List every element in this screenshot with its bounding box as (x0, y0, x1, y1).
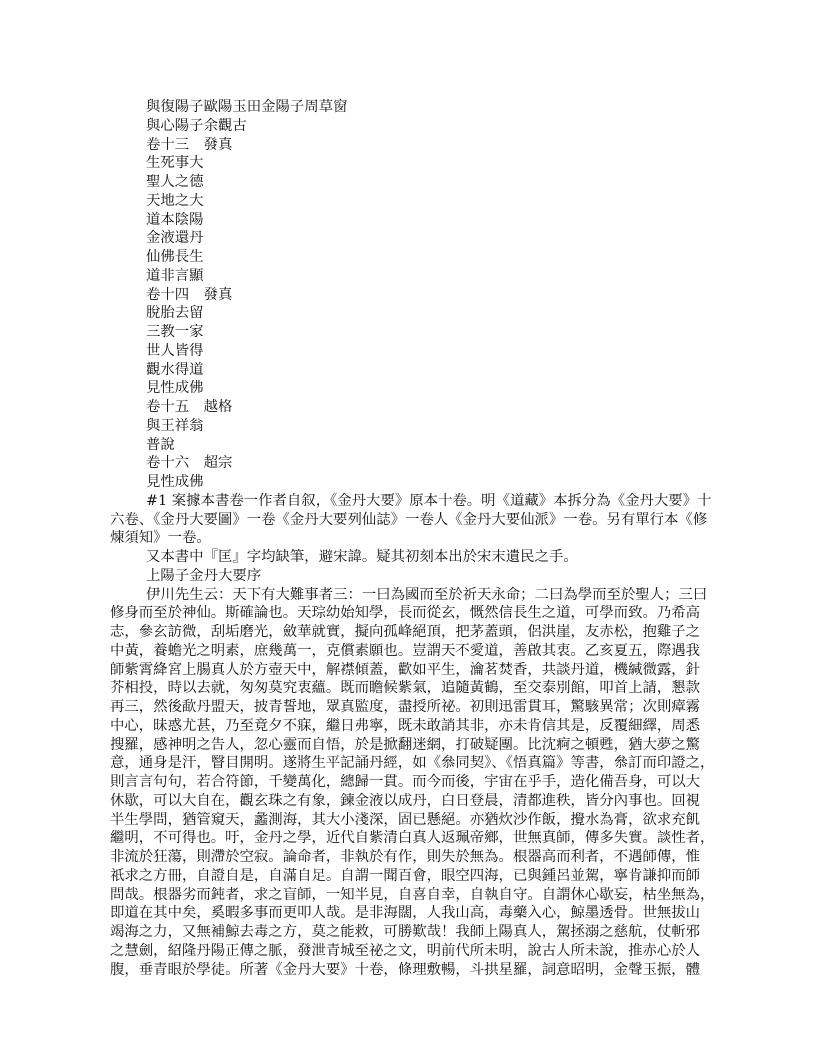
paragraph-line: 竭海之力，又無補鯨去毒之方，莫之能救，可勝歎哉！我師上陽真人，駕拯溺之慈航，仗斬… (110, 923, 700, 942)
toc-entry: 觀水得道 (110, 361, 700, 380)
paragraph-line: 意，通身是汗，瞖目開明。遂將生平記誦丹經，如《叅同契》、《悟真篇》等書，叅訂而印… (110, 754, 700, 773)
footnote-line: 煉須知》一卷。 (110, 529, 700, 548)
footnote-line: #1 案據本書卷一作者自叙，《金丹大要》原本十卷。明《道藏》本拆分為《金丹大要》… (110, 492, 700, 511)
paragraph-line: 非流於狂蕩，則滯於空寂。論命者，非執於有作，則失於無為。根器高而利者，不遇師傳，… (110, 848, 700, 867)
toc-chapter-heading: 卷十六 超宗 (110, 454, 700, 473)
paragraph-line: 中心，昧惑尤甚，乃至竟夕不寐，繼日弗寧，既未敢誚其非，亦未肯信其是，反覆細繹，周… (110, 717, 700, 736)
paragraph-line: 芥相投，時以去就，匆匆莫究衷蘊。既而瞻候紫氣，追隨黃鶴，至交泰別館，叩首上請，懇… (110, 679, 700, 698)
paragraph-line: 祇求之方冊，自證自是，自滿自足。自謂一聞百會，眼空四海，已與鍾呂並駕，寧肯謙抑而… (110, 867, 700, 886)
toc-chapter-heading: 卷十三 發真 (110, 136, 700, 155)
footnote-1: #1 案據本書卷一作者自叙，《金丹大要》原本十卷。明《道藏》本拆分為《金丹大要》… (110, 492, 700, 548)
toc-entry: 道非言顯 (110, 267, 700, 286)
toc-entry: 見性成佛 (110, 379, 700, 398)
toc-entry: 見性成佛 (110, 473, 700, 492)
table-of-contents: 與復陽子歐陽玉田金陽子周草窗 與心陽子余觀古 卷十三 發真 生死事大 聖人之德 … (110, 98, 700, 492)
paragraph-line: 中黃，養蟾光之明素，庶幾萬一，克償素願也。豈謂天不愛道，善啟其衷。乙亥夏五，際遇… (110, 642, 700, 661)
toc-entry: 與復陽子歐陽玉田金陽子周草窗 (110, 98, 700, 117)
paragraph-line: 即道在其中矣，奚暇多事而更叩人哉。是非海闊，人我山高，毒藥入心，鯨墨透骨。世無拔… (110, 904, 700, 923)
toc-chapter-heading: 卷十四 發真 (110, 286, 700, 305)
paragraph-line: 之慧劍，紹隆丹陽正傳之脈，發泄青城至祕之文，明前代所未明，說古人所未說，推赤心於… (110, 942, 700, 961)
toc-entry: 與王祥翁 (110, 417, 700, 436)
paragraph-line: 腹，垂青眼於學徒。所著《金丹大要》十卷，條理敷暢，斗拱星羅，詞意昭明，金聲玉振，… (110, 961, 700, 980)
paragraph-line: 志，參玄訪微，刮垢磨光，斂華就實，擬向孤峰絕頂，把茅蓋頭，侶洪崖，友赤松，抱雞子… (110, 623, 700, 642)
toc-entry: 聖人之德 (110, 173, 700, 192)
paragraph-line: 則言言句句，若合符節，千變萬化，總歸一貫。而今而後，宇宙在乎手，造化備吾身，可以… (110, 773, 700, 792)
toc-entry: 金液還丹 (110, 229, 700, 248)
toc-entry: 生死事大 (110, 154, 700, 173)
toc-entry: 天地之大 (110, 192, 700, 211)
toc-entry: 仙佛長生 (110, 248, 700, 267)
toc-entry: 脫胎去留 (110, 304, 700, 323)
section-title: 上陽子金丹大要序 (110, 567, 700, 586)
toc-entry: 普說 (110, 436, 700, 455)
paragraph-line: 問哉。根器劣而鈍者，求之盲師，一知半見，自喜自幸，自執自守。自謂休心歇妄，枯坐無… (110, 886, 700, 905)
document-page: 與復陽子歐陽玉田金陽子周草窗 與心陽子余觀古 卷十三 發真 生死事大 聖人之德 … (110, 98, 700, 979)
paragraph-line: 繼明，不可得也。吁，金丹之學，近代自紫清白真人返珮帝鄉，世無真師，傳多失實。談性… (110, 829, 700, 848)
paragraph-line: 休歇，可以大自在，觀玄珠之有象，鍊金液以成丹，白日登晨，清都進秩，皆分內事也。回… (110, 792, 700, 811)
paragraph-line: 半生學問，猶管窺天，蠡測海，其大小淺深，固已懸絕。亦猶炊沙作飯，攪水為膏，欲求充… (110, 811, 700, 830)
paragraph-line: 搜羅，感神明之告人，忽心靈而自悟，於是掀翻迷網，打破疑團。比沈痾之頓甦，猶大夢之… (110, 736, 700, 755)
toc-entry: 與心陽子余觀古 (110, 117, 700, 136)
paragraph-line: 伊川先生云：天下有大難事者三：一曰為國而至於祈天永命；二曰為學而至於聖人；三曰 (110, 586, 700, 605)
paragraph-line: 修身而至於神仙。斯確論也。天琮幼始知學，長而從玄，慨然信長生之道，可學而致。乃希… (110, 604, 700, 623)
footnote-line: 六卷、《金丹大要圖》一卷《金丹大要列仙誌》一卷人《金丹大要仙派》一卷。另有單行本… (110, 511, 700, 530)
toc-entry: 世人皆得 (110, 342, 700, 361)
preface-paragraph: 伊川先生云：天下有大難事者三：一曰為國而至於祈天永命；二曰為學而至於聖人；三曰 … (110, 586, 700, 980)
toc-entry: 三教一家 (110, 323, 700, 342)
footnote-2: 又本書中『匡』字均缺筆，避宋諱。疑其初刻本出於宋末遺民之手。 (110, 548, 700, 567)
toc-chapter-heading: 卷十五 越格 (110, 398, 700, 417)
toc-entry: 道本陰陽 (110, 211, 700, 230)
paragraph-line: 師紫霄絳宮上腸真人於方壺天中，解襟傾蓋，歡如平生，瀹茗焚香，共談丹道，機緘微露，… (110, 661, 700, 680)
paragraph-line: 再三，然後歃丹盟天，披青誓地，眾真監度，盡授所祕。初則迅雷貫耳，驚駭異常；次則瘴… (110, 698, 700, 717)
